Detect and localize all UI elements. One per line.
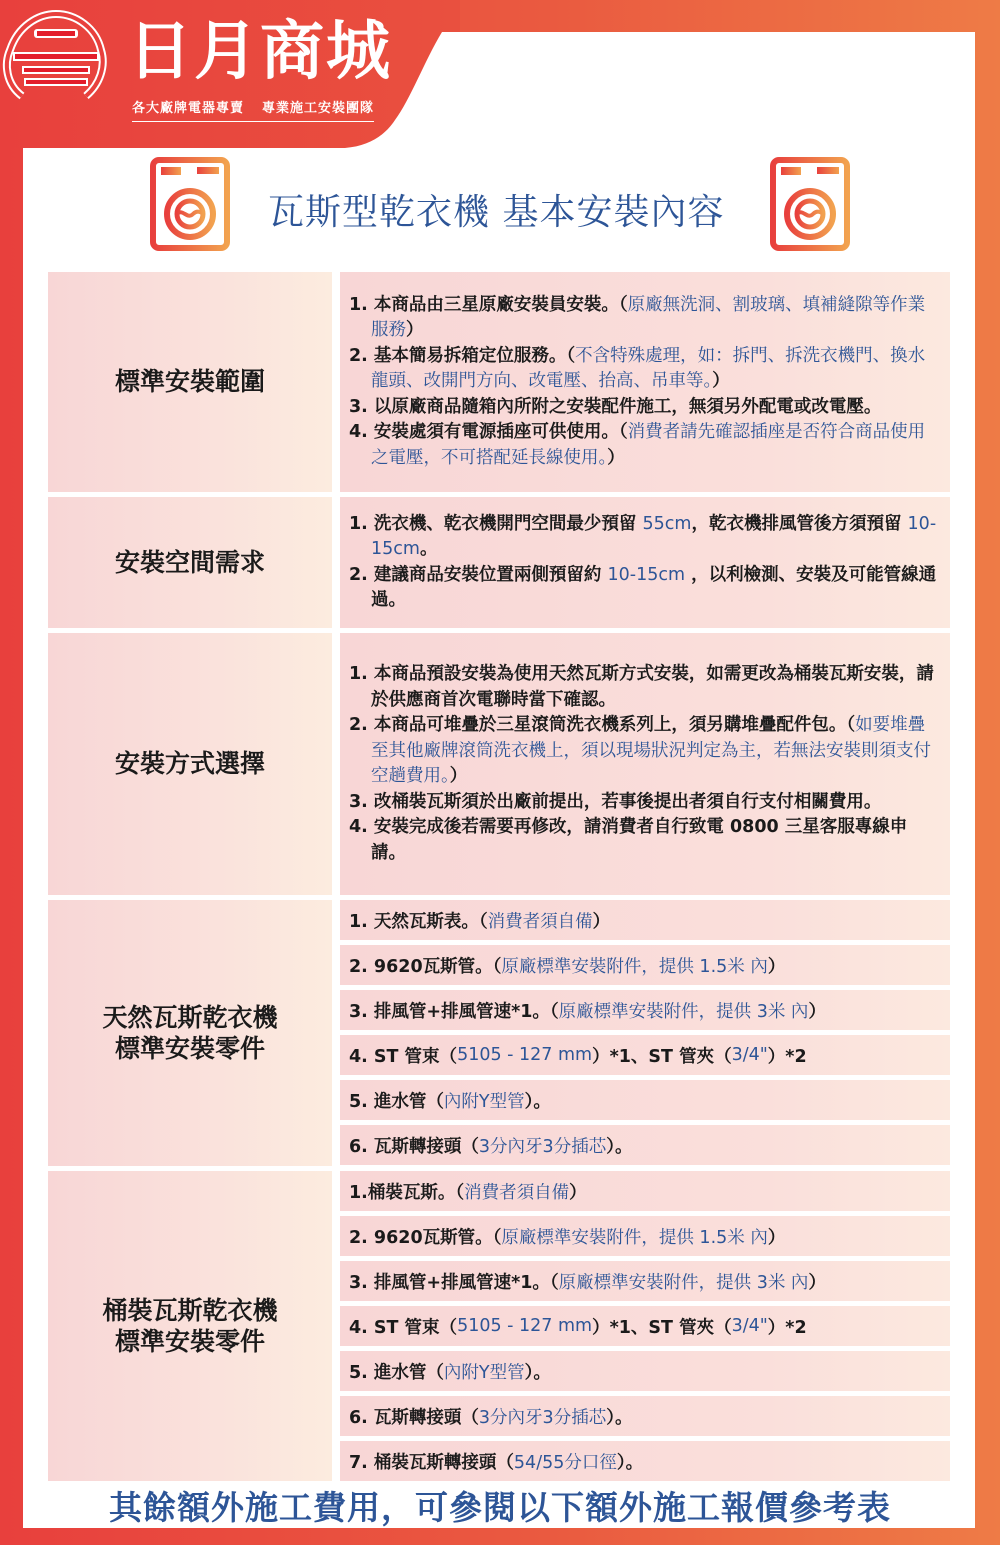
list-item: 3. 以原廠商品隨箱內所附之安裝配件施工，無須另外配電或改電壓。 [349, 395, 940, 421]
section-label: 安裝空間需求 [48, 497, 332, 628]
tagline-right: 專業施工安裝團隊 [262, 101, 374, 116]
list-item: 1. 本商品預設安裝為使用天然瓦斯方式安裝，如需更改為桶裝瓦斯安裝，請於供應商首… [349, 662, 940, 713]
section-label: 安裝方式選擇 [48, 633, 332, 895]
washing-machine-icon [149, 156, 231, 252]
parts-list: 1.桶裝瓦斯。（消費者須自備） 2. 9620瓦斯管。（原廠標準安裝附件，提供 … [340, 1171, 950, 1481]
section-standard-scope: 標準安裝範圍 1. 本商品由三星原廠安裝員安裝。（原廠無洗洞、割玻璃、填補縫隙等… [48, 272, 950, 492]
washing-machine-icon [769, 156, 851, 252]
list-item: 1. 洗衣機、乾衣機開門空間最少預留 55cm，乾衣機排風管後方須預留 10-1… [349, 512, 940, 563]
list-item: 1. 本商品由三星原廠安裝員安裝。（原廠無洗洞、割玻璃、填補縫隙等作業服務） [349, 293, 940, 344]
part-row: 4. ST 管束（5105 - 127 mm）*1、ST 管夾（3/4"）*2 [340, 1306, 950, 1346]
brand-banner: 日月商城 各大廠牌電器專賣專業施工安裝團隊 [0, 0, 460, 148]
list-item: 2. 建議商品安裝位置兩側預留約 10-15cm ，以利檢測、安裝及可能管線通過… [349, 563, 940, 614]
part-row: 2. 9620瓦斯管。（原廠標準安裝附件，提供 1.5米 內） [340, 1216, 950, 1256]
part-row: 3. 排風管+排風管速*1。（原廠標準安裝附件，提供 3米 內） [340, 990, 950, 1030]
part-row: 2. 9620瓦斯管。（原廠標準安裝附件，提供 1.5米 內） [340, 945, 950, 985]
part-row: 6. 瓦斯轉接頭（3分內牙3分插芯）。 [340, 1396, 950, 1436]
part-row: 7. 桶裝瓦斯轉接頭（54/55分口徑）。 [340, 1441, 950, 1481]
page-title: 瓦斯型乾衣機 基本安裝內容 [268, 184, 724, 235]
list-item: 2. 基本簡易拆箱定位服務。（不含特殊處理，如：拆門、拆洗衣機門、換水龍頭、改開… [349, 344, 940, 395]
part-row: 5. 進水管（內附Y型管）。 [340, 1080, 950, 1120]
section-install-method: 安裝方式選擇 1. 本商品預設安裝為使用天然瓦斯方式安裝，如需更改為桶裝瓦斯安裝… [48, 633, 950, 895]
list-item: 4. 安裝完成後若需要再修改，請消費者自行致電 0800 三星客服專線申請。 [349, 815, 940, 866]
tagline-left: 各大廠牌電器專賣 [132, 101, 244, 116]
list-item: 4. 安裝處須有電源插座可供使用。（消費者請先確認插座是否符合商品使用之電壓，不… [349, 420, 940, 471]
part-row: 4. ST 管束（5105 - 127 mm）*1、ST 管夾（3/4"）*2 [340, 1035, 950, 1075]
section-natural-gas-parts: 天然瓦斯乾衣機標準安裝零件 1. 天然瓦斯表。（消費者須自備） 2. 9620瓦… [48, 900, 950, 1166]
section-content: 1. 洗衣機、乾衣機開門空間最少預留 55cm，乾衣機排風管後方須預留 10-1… [340, 497, 950, 628]
section-bottled-gas-parts: 桶裝瓦斯乾衣機標準安裝零件 1.桶裝瓦斯。（消費者須自備） 2. 9620瓦斯管… [48, 1171, 950, 1481]
title-row: 瓦斯型乾衣機 基本安裝內容 [0, 156, 1000, 256]
section-content: 1. 本商品預設安裝為使用天然瓦斯方式安裝，如需更改為桶裝瓦斯安裝，請於供應商首… [340, 633, 950, 895]
brand-name: 日月商城 [128, 20, 392, 84]
part-row: 6. 瓦斯轉接頭（3分內牙3分插芯）。 [340, 1125, 950, 1165]
section-label: 標準安裝範圍 [48, 272, 332, 492]
section-label: 天然瓦斯乾衣機標準安裝零件 [48, 900, 332, 1166]
section-content: 1. 本商品由三星原廠安裝員安裝。（原廠無洗洞、割玻璃、填補縫隙等作業服務） 2… [340, 272, 950, 492]
list-item: 2. 本商品可堆疊於三星滾筒洗衣機系列上，須另購堆疊配件包。（如要堆疊至其他廠牌… [349, 713, 940, 790]
parts-list: 1. 天然瓦斯表。（消費者須自備） 2. 9620瓦斯管。（原廠標準安裝附件，提… [340, 900, 950, 1166]
part-row: 5. 進水管（內附Y型管）。 [340, 1351, 950, 1391]
brand-tagline: 各大廠牌電器專賣專業施工安裝團隊 [132, 97, 374, 122]
footer-note: 其餘額外施工費用，可參閱以下額外施工報價參考表 [0, 1482, 1000, 1529]
section-space-requirements: 安裝空間需求 1. 洗衣機、乾衣機開門空間最少預留 55cm，乾衣機排風管後方須… [48, 497, 950, 628]
part-row: 3. 排風管+排風管速*1。（原廠標準安裝附件，提供 3米 內） [340, 1261, 950, 1301]
part-row: 1.桶裝瓦斯。（消費者須自備） [340, 1171, 950, 1211]
sun-moon-logo-icon [0, 0, 110, 100]
list-item: 3. 改桶裝瓦斯須於出廠前提出，若事後提出者須自行支付相關費用。 [349, 790, 940, 816]
section-label: 桶裝瓦斯乾衣機標準安裝零件 [48, 1171, 332, 1481]
part-row: 1. 天然瓦斯表。（消費者須自備） [340, 900, 950, 940]
